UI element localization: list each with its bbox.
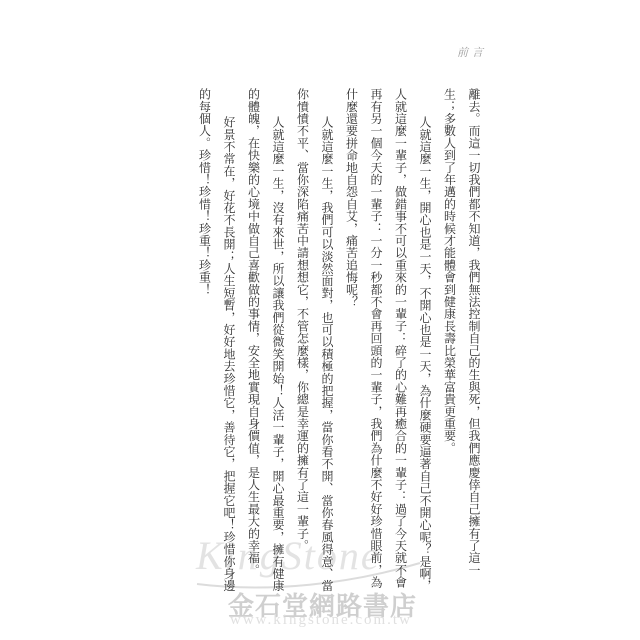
text-column-5: 再有另一個今天的一輩子：一分一秒都不會再回頭的一輩子，我們為什麼不好好珍惜眼前，… (364, 88, 389, 600)
text-column-2: 生；多數人到了年邁的時候才能體會到健康長壽比榮華富貴更重要。 (437, 88, 462, 600)
text-column-1: 離去。而這一切我們都不知道，我們無法控制自己的生與死，但我們應慶倖自己擁有了這一 (462, 88, 487, 600)
text-column-4: 人就這麼一輩子，做錯事不可以重來的一輩子：碎了的心難再癒合的一輩子：過了今天就不… (388, 88, 413, 600)
vertical-text-block: 離去。而這一切我們都不知道，我們無法控制自己的生與死，但我們應慶倖自己擁有了這一… (192, 88, 486, 600)
text-column-7: 人就這麼一生，我們可以淡然面對，也可以積極的把握，當你看不開、當你春風得意、當 (315, 88, 340, 600)
book-preview-page: KingStone 金石堂網路書店 www.kingstone.com.tw 前… (0, 0, 640, 640)
preface-running-head: 前言 (457, 44, 487, 60)
text-column-10: 的體魄，在快樂的心境中做自己喜歡做的事情，安全地實現自身價值，是人生最大的幸福。 (241, 88, 266, 600)
kingstone-url-watermark: www.kingstone.com.tw (230, 612, 412, 629)
text-column-9: 人就這麼一生，沒有來世，所以讓我們從微笑開始！人活一輩子，開心最重要，擁有健康 (266, 88, 291, 600)
text-column-8: 你憤憤不平、當你深陷痛苦中請想想它，不管怎麼樣，你總是幸運的擁有了這一輩子。 (290, 88, 315, 600)
text-column-6: 什麼還要拼命地自怨自艾，痛苦追悔呢？ (339, 88, 364, 600)
text-column-11: 好景不常在，好花不長開；人生短暫，好好地去珍惜它，善待它，把握它吧！珍惜你身邊 (217, 88, 242, 600)
text-column-3: 人就這麼一生，開心也是一天，不開心也是一天，為什麼硬要逼著自己不開心呢？是啊， (413, 88, 438, 600)
text-column-12: 的每個人。珍惜！珍惜！珍重！珍重！ (192, 88, 217, 600)
